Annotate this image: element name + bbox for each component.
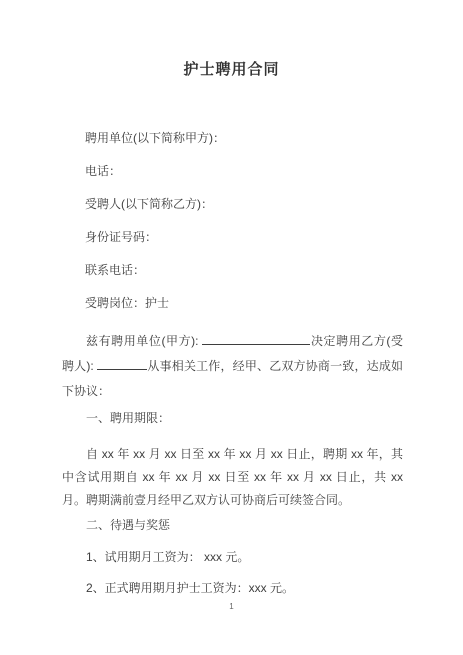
section-1-heading: 一、聘用期限：: [62, 411, 403, 426]
field-id-number: 身份证号码：: [85, 230, 403, 245]
field-employee: 受聘人(以下简称乙方)：: [85, 197, 403, 212]
contract-document-page: 护士聘用合同 聘用单位(以下简称甲方)： 电话： 受聘人(以下简称乙方)： 身份…: [0, 0, 463, 655]
field-contact-phone: 联系电话：: [85, 263, 403, 278]
blank-employee-name: [97, 357, 147, 370]
section-1-body: 自 xx 年 xx 月 xx 日至 xx 年 xx 月 xx 日止，聘期 xx …: [62, 443, 403, 512]
section-2-item-2: 2、正式聘用期月护士工资为：xxx 元。: [62, 581, 403, 596]
section-2-heading: 二、待遇与奖惩: [62, 518, 403, 533]
page-title: 护士聘用合同: [0, 0, 463, 78]
field-employer: 聘用单位(以下简称甲方)：: [85, 131, 403, 146]
intro-paragraph: 兹有聘用单位(甲方): 决定聘用乙方(受聘人): 从事相关工作，经甲、乙双方协商…: [62, 329, 403, 404]
field-position: 受聘岗位：护士: [85, 296, 403, 311]
blank-employer-name: [202, 332, 310, 345]
section-2-item-1: 1、试用期月工资为： xxx 元。: [62, 550, 403, 565]
intro-text-1: 兹有聘用单位(甲方):: [86, 334, 202, 348]
field-phone: 电话：: [85, 164, 403, 179]
page-number: 1: [0, 602, 463, 612]
